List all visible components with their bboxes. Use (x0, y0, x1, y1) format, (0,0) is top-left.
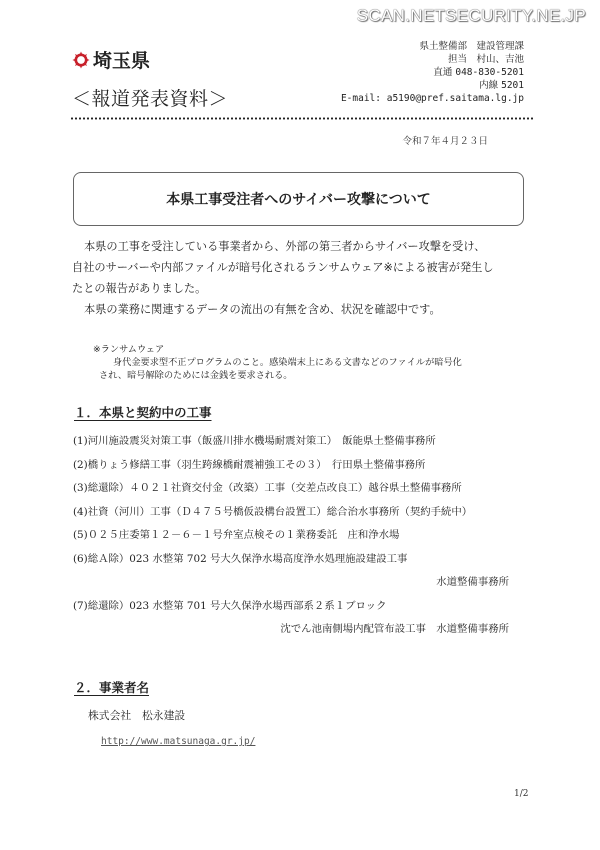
email-line: E-mail: a5190@pref.saitama.lg.jp (341, 92, 524, 105)
work-item-continuation: 沈でん池南側場内配管布設工事 水道整備事務所 (73, 618, 533, 642)
page-number: 1/2 (514, 789, 528, 799)
direct-number: 048-830-5201 (455, 67, 524, 78)
extension-number: 5201 (501, 80, 524, 91)
email-address[interactable]: a5190@pref.saitama.lg.jp (387, 93, 524, 104)
extension-line: 内線 5201 (341, 79, 524, 92)
body-paragraph-2: 本県の業務に関連するデータの流出の有無を含め、状況を確認中です。 (72, 299, 532, 320)
prefecture-logo: 埼玉県 (72, 46, 150, 73)
work-item: (1)河川施設震災対策工事（飯盛川排水機場耐震対策工） 飯能県土整備事務所 (73, 430, 533, 454)
saitama-prefecture-emblem-icon (72, 51, 90, 69)
contract-works-list: (1)河川施設震災対策工事（飯盛川排水機場耐震対策工） 飯能県土整備事務所 (2… (73, 430, 533, 642)
watermark: SCAN.NETSECURITY.NE.JP (357, 6, 586, 26)
note-definition-line: され、暗号解除のためには金銭を要求される。 (93, 369, 533, 382)
dotted-divider (70, 117, 534, 120)
release-date: 令和７年４月２３日 (402, 133, 488, 147)
section-heading-company: ２．事業者名 (74, 678, 149, 696)
direct-label: 直通 (433, 67, 452, 78)
title-box: 本県工事受注者へのサイバー攻撃について (73, 172, 524, 226)
email-label: E-mail: (341, 93, 381, 104)
work-item: (2)橋りょう修繕工事（羽生跨線橋耐震補強工その３） 行田県土整備事務所 (73, 454, 533, 478)
direct-line: 直通 048-830-5201 (341, 66, 524, 79)
work-item: (3)総還除）４０２１社資交付金（改築）工事（交差点改良工）越谷県土整備事務所 (73, 477, 533, 501)
work-item: (7)総還除）023 水整第 701 号大久保浄水場西部系２系１ブロック (73, 595, 533, 619)
note-definition-line: 身代金要求型不正プログラムのこと。感染端末上にある文書などのファイルが暗号化 (93, 356, 533, 369)
prefecture-name: 埼玉県 (93, 46, 150, 73)
company-name: 株式会社 松永建設 (88, 708, 185, 723)
contact-person: 担当 村山、吉池 (341, 53, 524, 66)
section-heading-contracts: １．本県と契約中の工事 (74, 403, 212, 421)
ransomware-note: ※ランサムウェア 身代金要求型不正プログラムのこと。感染端末上にある文書などのフ… (93, 343, 533, 382)
contact-block: 県土整備部 建設管理課 担当 村山、吉池 直通 048-830-5201 内線 … (341, 40, 524, 105)
body-line: たとの報告がありました。 (72, 278, 532, 299)
body-line: 本県の工事を受注している事業者から、外部の第三者からサイバー攻撃を受け、 (72, 236, 532, 257)
note-term: ※ランサムウェア (93, 343, 533, 356)
document-title: 本県工事受注者へのサイバー攻撃について (166, 189, 430, 209)
extension-label: 内線 (479, 80, 498, 91)
body-line: 自社のサーバーや内部ファイルが暗号化されるランサムウェア※による被害が発生し (72, 257, 532, 278)
work-item-continuation: 水道整備事務所 (73, 571, 533, 595)
work-item: (4)社資（河川）工事（Ｄ４７５号橋仮設構台設置工）総合治水事務所（契約手続中） (73, 501, 533, 525)
press-release-label: ＜報道発表資料＞ (72, 84, 228, 111)
department: 県土整備部 建設管理課 (341, 40, 524, 53)
work-item: (6)総Ａ除）023 水整第 702 号大久保浄水場高度浄水処理施設建設工事 (73, 548, 533, 572)
body-paragraph-1: 本県の工事を受注している事業者から、外部の第三者からサイバー攻撃を受け、 自社の… (72, 236, 532, 320)
work-item: (5)０２５庄委第１２－６－１号弁室点検その１業務委託 庄和浄水場 (73, 524, 533, 548)
company-url-link[interactable]: http://www.matsunaga.gr.jp/ (101, 736, 255, 747)
